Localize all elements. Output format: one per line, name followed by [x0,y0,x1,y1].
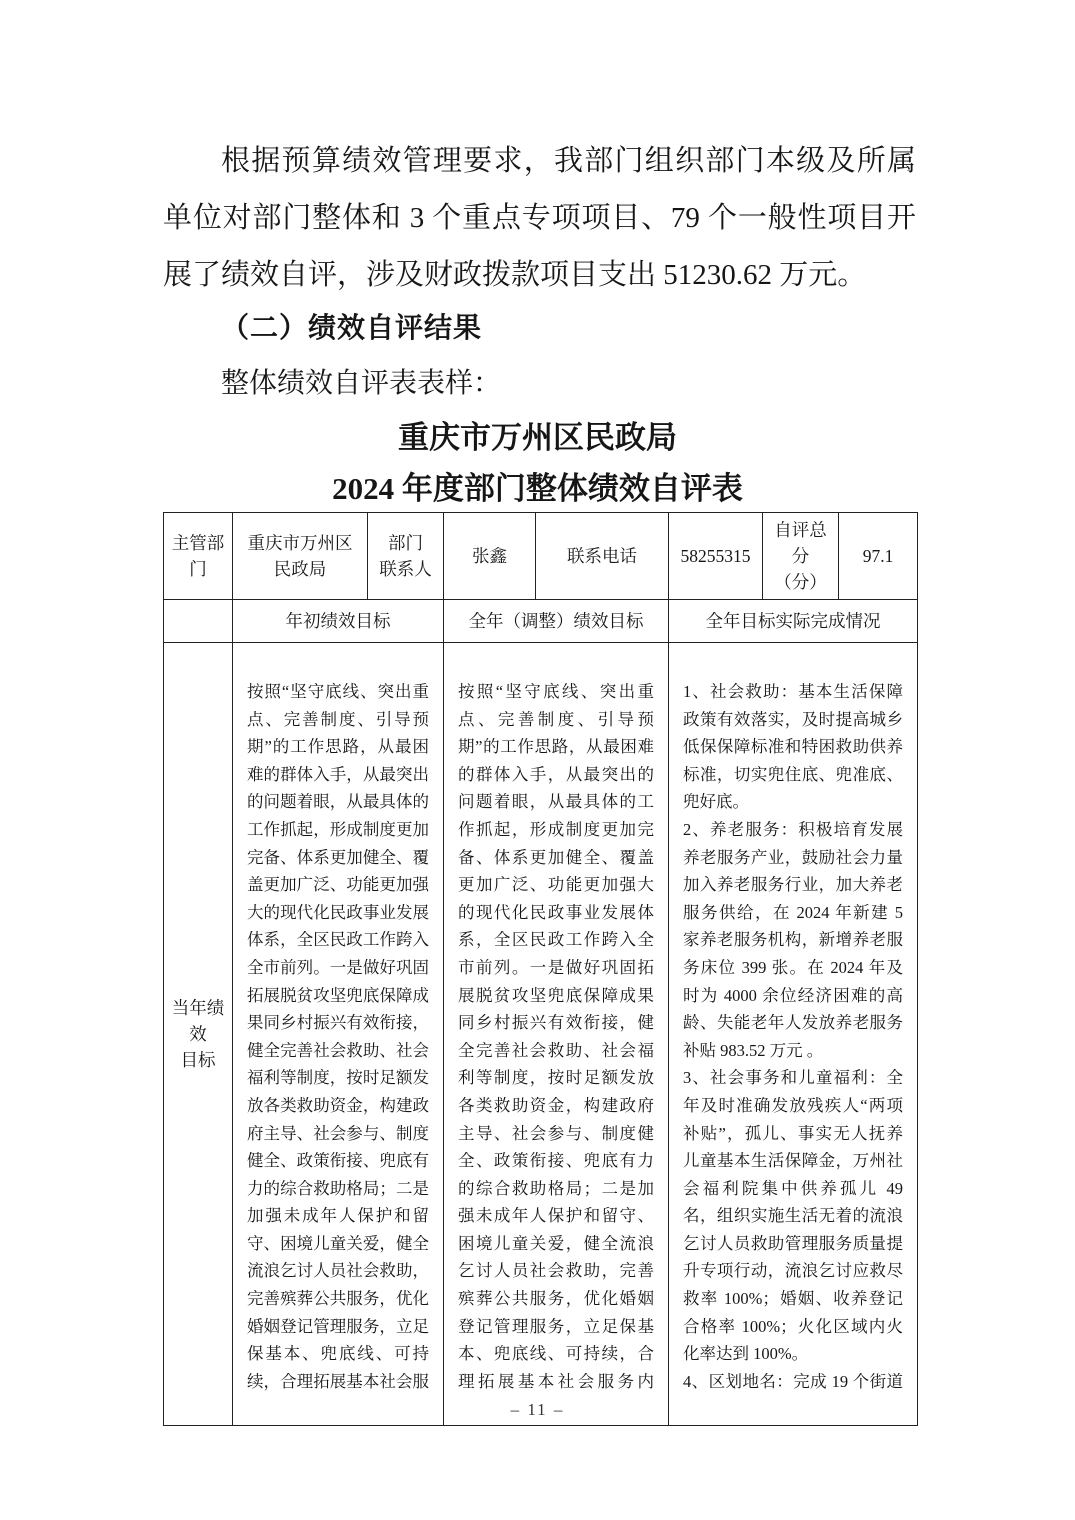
cell-phone-label: 联系电话 [536,513,669,600]
cell-subheader-completion: 全年目标实际完成情况 [669,600,918,643]
cell-contact-label: 部门 联系人 [368,513,444,600]
completion-text: 1、社会救助：基本生活保障政策有效落实，及时提高城乡低保保障标准和特困救助供养标… [675,673,911,1395]
cell-initial-goals-text: 按照“坚守底线、突出重点、完善制度、引导预期”的工作思路，从最困难的群体入手，从… [233,643,444,1426]
cell-score-value: 97.1 [839,513,918,600]
cell-subheader-initial-goals: 年初绩效目标 [233,600,444,643]
cell-dept-label: 主管部 门 [164,513,233,600]
initial-goals-text: 按照“坚守底线、突出重点、完善制度、引导预期”的工作思路，从最困难的群体入手，从… [239,673,437,1395]
section-heading: （二）绩效自评结果 [163,306,916,346]
cell-adjusted-goals-text: 按照“坚守底线、突出重点、完善制度、引导预期”的工作思路，从最困难的群体入手，从… [444,643,669,1426]
table-subheader-row: 年初绩效目标 全年（调整）绩效目标 全年目标实际完成情况 [164,600,918,643]
cell-contact-value: 张鑫 [444,513,536,600]
cell-dept-value: 重庆市万州区 民政局 [233,513,368,600]
adjusted-goals-text: 按照“坚守底线、突出重点、完善制度、引导预期”的工作思路，从最困难的群体入手，从… [450,673,662,1395]
cell-row-label-annual-goals: 当年绩 效 目标 [164,643,233,1426]
cell-phone-value: 58255315 [669,513,763,600]
performance-self-evaluation-table: 主管部 门 重庆市万州区 民政局 部门 联系人 张鑫 联系电话 58255315… [163,512,918,1426]
cell-subheader-adjusted-goals: 全年（调整）绩效目标 [444,600,669,643]
table-body-row: 当年绩 效 目标 按照“坚守底线、突出重点、完善制度、引导预期”的工作思路，从最… [164,643,918,1426]
table-title-year: 2024 年度部门整体绩效自评表 [0,463,1075,508]
table-title-organization: 重庆市万州区民政局 [0,412,1075,457]
cell-subheader-empty [164,600,233,643]
table-header-row: 主管部 门 重庆市万州区 民政局 部门 联系人 张鑫 联系电话 58255315… [164,513,918,600]
document-page: 根据预算绩效管理要求，我部门组织部门本级及所属单位对部门整体和 3 个重点专项项… [0,0,1075,1520]
intro-paragraph: 根据预算绩效管理要求，我部门组织部门本级及所属单位对部门整体和 3 个重点专项项… [163,133,916,304]
page-number: – 11 – [0,1400,1075,1420]
cell-completion-text: 1、社会救助：基本生活保障政策有效落实，及时提高城乡低保保障标准和特困救助供养标… [669,643,918,1426]
cell-score-label: 自评总 分 （分） [763,513,839,600]
table-intro-line: 整体绩效自评表表样： [163,361,916,401]
